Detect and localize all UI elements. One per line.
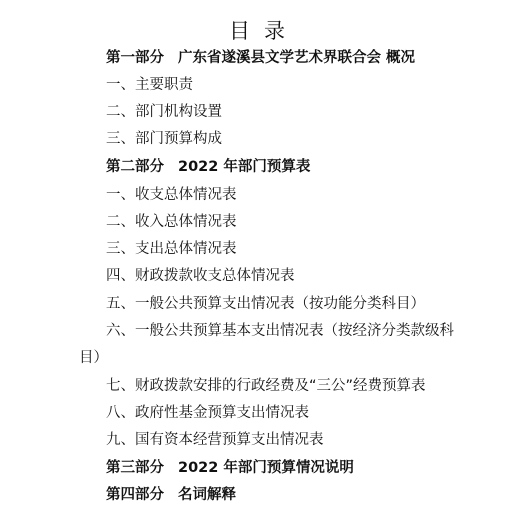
toc-item: 二、收入总体情况表 xyxy=(106,212,237,232)
toc-item: 七、财政拨款安排的行政经费及“三公”经费预算表 xyxy=(106,376,426,396)
toc-item: 六、一般公共预算基本支出情况表（按经济分类款级科 xyxy=(106,321,454,341)
toc-part-4: 第四部分名词解释 xyxy=(106,485,236,505)
toc-item: 一、收支总体情况表 xyxy=(106,185,237,205)
part-label: 第二部分 xyxy=(106,159,164,175)
toc-item: 三、支出总体情况表 xyxy=(106,239,237,259)
toc-item: 三、部门预算构成 xyxy=(106,129,222,149)
part-heading: 2022 年部门预算表 xyxy=(178,159,310,175)
part-label: 第一部分 xyxy=(106,50,164,66)
toc-part-1: 第一部分广东省遂溪县文学艺术界联合会 概况 xyxy=(106,48,415,68)
part-heading: 广东省遂溪县文学艺术界联合会 概况 xyxy=(178,50,415,66)
toc-item: 一、主要职责 xyxy=(106,75,193,95)
toc-title-char-2: 录 xyxy=(264,19,287,43)
toc-item: 二、部门机构设置 xyxy=(106,102,222,122)
part-label: 第三部分 xyxy=(106,460,164,476)
part-heading: 2022 年部门预算情况说明 xyxy=(178,460,354,476)
toc-title: 目录 xyxy=(0,17,516,45)
part-label: 第四部分 xyxy=(106,487,164,503)
toc-part-2: 第二部分2022 年部门预算表 xyxy=(106,157,310,177)
toc-title-char-1: 目 xyxy=(229,19,252,43)
toc-item: 九、国有资本经营预算支出情况表 xyxy=(106,430,324,450)
toc-item-wrap: 目） xyxy=(79,348,108,368)
toc-item: 四、财政拨款收支总体情况表 xyxy=(106,266,295,286)
toc-item: 五、一般公共预算支出情况表（按功能分类科目） xyxy=(106,294,425,314)
toc-item: 八、政府性基金预算支出情况表 xyxy=(106,403,309,423)
toc-part-3: 第三部分2022 年部门预算情况说明 xyxy=(106,458,354,478)
part-heading: 名词解释 xyxy=(178,487,236,503)
